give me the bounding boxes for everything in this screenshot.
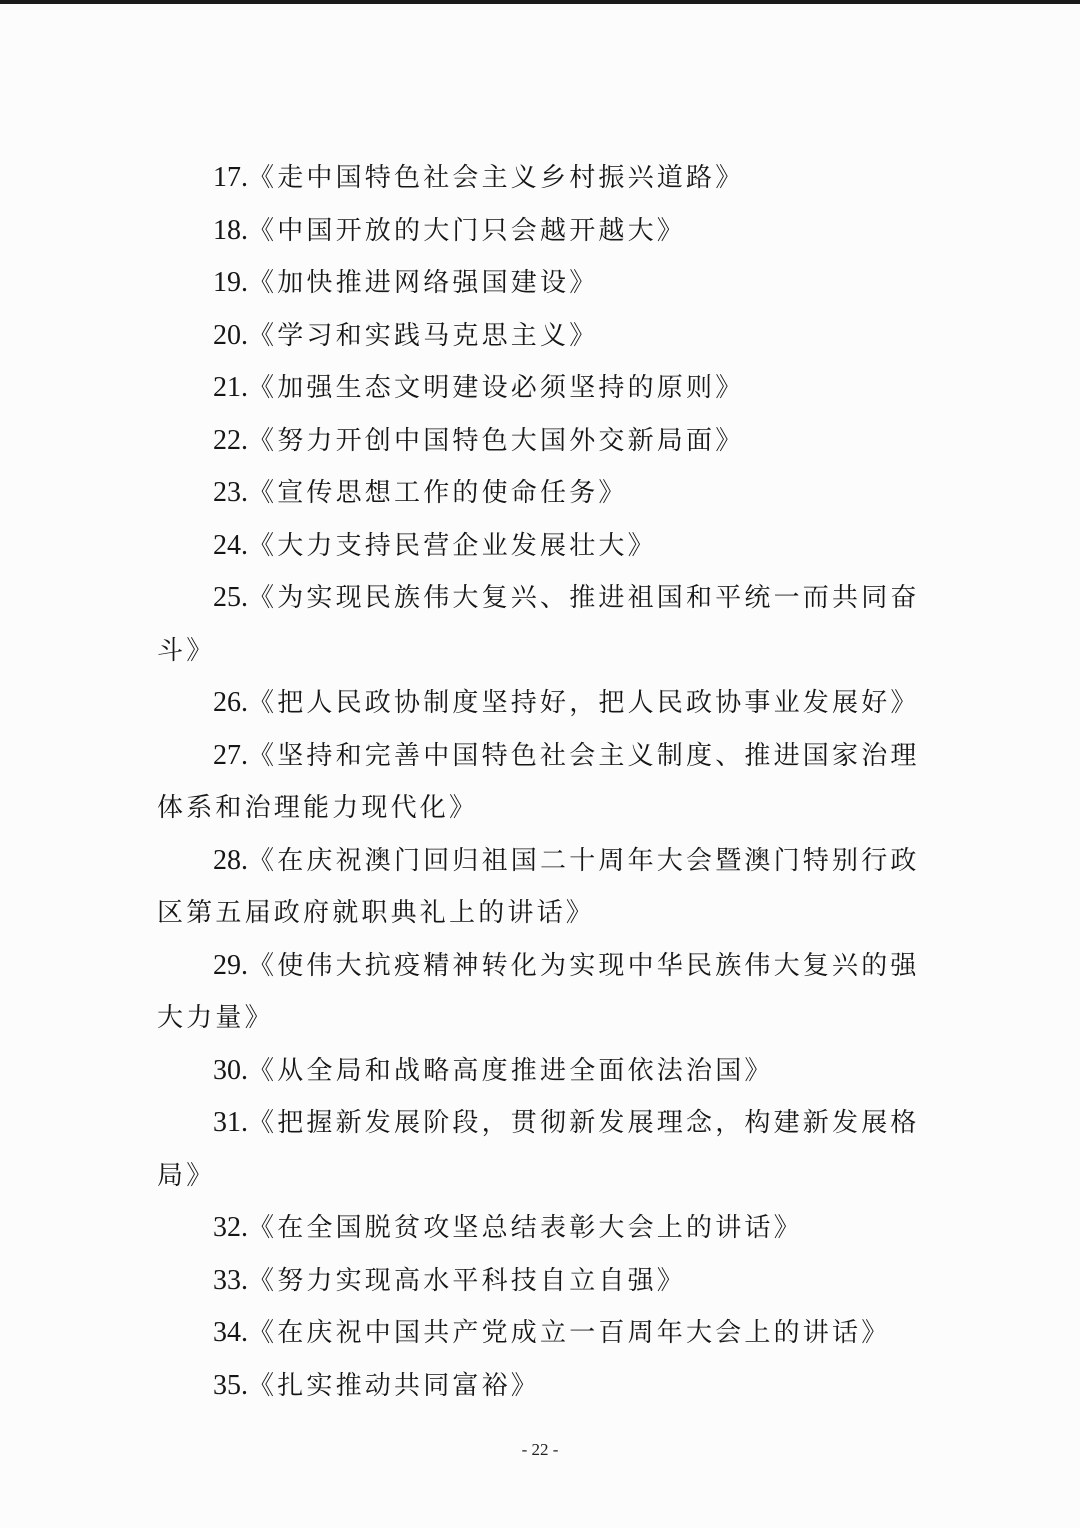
list-item: 33.《努力实现高水平科技自立自强》 (157, 1255, 927, 1308)
item-title: 《从全局和战略高度推进全面依法治国》 (248, 1056, 774, 1086)
item-number: 31. (213, 1107, 248, 1138)
item-number: 20. (213, 320, 248, 351)
item-title: 《在庆祝澳门回归祖国二十周年大会暨澳门特别行政区第五届政府就职典礼上的讲话》 (157, 846, 920, 929)
item-number: 29. (213, 950, 248, 981)
item-title: 《在庆祝中国共产党成立一百周年大会上的讲话》 (248, 1318, 890, 1348)
item-number: 22. (213, 425, 248, 456)
item-number: 19. (213, 267, 248, 298)
item-title: 《努力开创中国特色大国外交新局面》 (248, 426, 744, 456)
item-title: 《努力实现高水平科技自立自强》 (248, 1266, 686, 1296)
list-item: 34.《在庆祝中国共产党成立一百周年大会上的讲话》 (157, 1307, 927, 1360)
list-item: 27.《坚持和完善中国特色社会主义制度、推进国家治理体系和治理能力现代化》 (157, 730, 927, 835)
item-title: 《加强生态文明建设必须坚持的原则》 (248, 373, 744, 403)
item-number: 26. (213, 687, 248, 718)
item-title: 《坚持和完善中国特色社会主义制度、推进国家治理体系和治理能力现代化》 (157, 741, 920, 824)
list-item: 35.《扎实推动共同富裕》 (157, 1360, 927, 1413)
list-item: 32.《在全国脱贫攻坚总结表彰大会上的讲话》 (157, 1202, 927, 1255)
item-title: 《宣传思想工作的使命任务》 (248, 478, 628, 508)
item-number: 35. (213, 1370, 248, 1401)
item-number: 34. (213, 1317, 248, 1348)
top-edge-bar (0, 0, 1080, 4)
item-number: 18. (213, 215, 248, 246)
list-item: 20.《学习和实践马克思主义》 (157, 310, 927, 363)
item-number: 25. (213, 582, 248, 613)
list-item: 26.《把人民政协制度坚持好，把人民政协事业发展好》 (157, 677, 927, 730)
item-title: 《大力支持民营企业发展壮大》 (248, 531, 657, 561)
list-item: 18.《中国开放的大门只会越开越大》 (157, 205, 927, 258)
list-item: 17.《走中国特色社会主义乡村振兴道路》 (157, 152, 927, 205)
list-item: 21.《加强生态文明建设必须坚持的原则》 (157, 362, 927, 415)
item-title: 《走中国特色社会主义乡村振兴道路》 (248, 163, 744, 193)
item-number: 23. (213, 477, 248, 508)
item-number: 17. (213, 162, 248, 193)
item-title: 《加快推进网络强国建设》 (248, 268, 598, 298)
item-title: 《把人民政协制度坚持好，把人民政协事业发展好》 (248, 688, 920, 718)
list-item: 29.《使伟大抗疫精神转化为实现中华民族伟大复兴的强大力量》 (157, 940, 927, 1045)
document-page: 17.《走中国特色社会主义乡村振兴道路》 18.《中国开放的大门只会越开越大》 … (157, 152, 927, 1412)
list-item: 31.《把握新发展阶段，贯彻新发展理念，构建新发展格局》 (157, 1097, 927, 1202)
list-item: 23.《宣传思想工作的使命任务》 (157, 467, 927, 520)
list-item: 22.《努力开创中国特色大国外交新局面》 (157, 415, 927, 468)
item-title: 《学习和实践马克思主义》 (248, 321, 598, 351)
item-number: 28. (213, 845, 248, 876)
item-number: 27. (213, 740, 248, 771)
item-number: 33. (213, 1265, 248, 1296)
item-title: 《在全国脱贫攻坚总结表彰大会上的讲话》 (248, 1213, 803, 1243)
item-number: 24. (213, 530, 248, 561)
item-number: 21. (213, 372, 248, 403)
item-title: 《中国开放的大门只会越开越大》 (248, 216, 686, 246)
item-title: 《使伟大抗疫精神转化为实现中华民族伟大复兴的强大力量》 (157, 951, 920, 1034)
list-item: 25.《为实现民族伟大复兴、推进祖国和平统一而共同奋斗》 (157, 572, 927, 677)
page-number: - 22 - (0, 1440, 1080, 1460)
list-item: 28.《在庆祝澳门回归祖国二十周年大会暨澳门特别行政区第五届政府就职典礼上的讲话… (157, 835, 927, 940)
item-title: 《为实现民族伟大复兴、推进祖国和平统一而共同奋斗》 (157, 583, 920, 666)
list-item: 24.《大力支持民营企业发展壮大》 (157, 520, 927, 573)
item-number: 30. (213, 1055, 248, 1086)
item-number: 32. (213, 1212, 248, 1243)
list-item: 30.《从全局和战略高度推进全面依法治国》 (157, 1045, 927, 1098)
list-item: 19.《加快推进网络强国建设》 (157, 257, 927, 310)
item-title: 《扎实推动共同富裕》 (248, 1371, 540, 1401)
item-title: 《把握新发展阶段，贯彻新发展理念，构建新发展格局》 (157, 1108, 920, 1191)
